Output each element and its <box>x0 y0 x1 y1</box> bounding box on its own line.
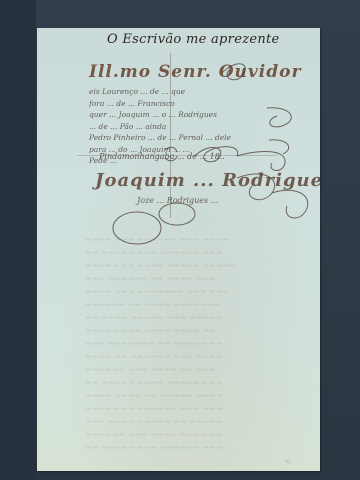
bleed-line: ~~ ~~~~~ ~~~ ~~~~~~ ~~~ <box>85 441 310 454</box>
bleed-line: ~~~~~ ~~ ~~~~~~ ~~~ ~~~ <box>85 402 310 415</box>
sub-signature: Joze ... Rodrigues ... <box>137 196 218 205</box>
bleed-line: ~~ ~~~~ ~~~~~ ~~~ ~~~~~ <box>85 311 310 324</box>
bleed-line: ~~ ~~~~~ ~~~ ~~~~~~ ~~~ <box>85 246 310 259</box>
scanner-left-strip <box>0 0 36 480</box>
page-mark: ·:. <box>285 458 291 465</box>
bleed-through-text: ~~~~ ~~~ ~~~~~~ ~~~ ~~~~ ~~ ~~~~~ ~~~ ~~… <box>85 233 310 454</box>
bleed-line: ~~~~~~ ~~~ ~~~~ ~~ ~~~ <box>85 363 310 376</box>
bleed-line: ~~~~ ~~~~ ~~ ~~~~~ ~~~~ <box>85 389 310 402</box>
bleed-line: ~~ ~~~~~ ~~~~ ~~~~~~ ~~ <box>85 376 310 389</box>
petition-line: eis Lourenço ... de ... que <box>89 86 299 98</box>
bleed-line: ~~~~~ ~~ ~~~~ ~~~~~ ~~~~~ <box>85 259 310 272</box>
manuscript-page: O Escrivão me aprezente Ill.mo Senr. Ouv… <box>37 28 320 471</box>
bleed-line: ~~~ ~~~~ ~~~~~ ~~ ~~~~~ <box>85 415 310 428</box>
bleed-line: ~~~~~~ ~~~ ~~~~ ~~~~ ~~ <box>85 428 310 441</box>
signature: Joaquim ... Rodrigues <box>95 170 320 191</box>
bleed-line: ~~~~ ~~~ ~~~~~~ ~~~ ~~~~ <box>85 233 310 246</box>
petition-line: quer ... Joaquim ... o ... Rodrigues <box>89 109 299 121</box>
salutation: Ill.mo Senr. Ouvidor <box>89 62 301 82</box>
bleed-line: ~~~ ~~~~~~ ~~ ~~~~ ~~~ <box>85 272 310 285</box>
bleed-line: ~~~ ~~~~~~~ ~~ ~~~~~ ~~ <box>85 337 310 350</box>
date-line: Pindamonhangaba ... de ... 18.. <box>99 152 225 161</box>
header-note: O Escrivão me aprezente <box>107 32 280 47</box>
bleed-line: ~~~~ ~~~ ~~~~~~~ ~~~ ~~~ <box>85 285 310 298</box>
petition-line: Pedro Pinheiro ... de ... Pernal ... del… <box>89 132 299 144</box>
bleed-line: ~~~~~~ ~~ ~~~~ ~~~~~~~ <box>85 298 310 311</box>
petition-line: ... de ... Pão ... ainda <box>89 121 299 133</box>
bleed-line: ~~~~~ ~~~ ~~~~ ~~~~ ~~ <box>85 324 310 337</box>
petition-line: fora ... de ... Francisco <box>89 98 299 110</box>
bleed-line: ~~~~ ~~ ~~~~~~ ~~~ ~~~~ <box>85 350 310 363</box>
